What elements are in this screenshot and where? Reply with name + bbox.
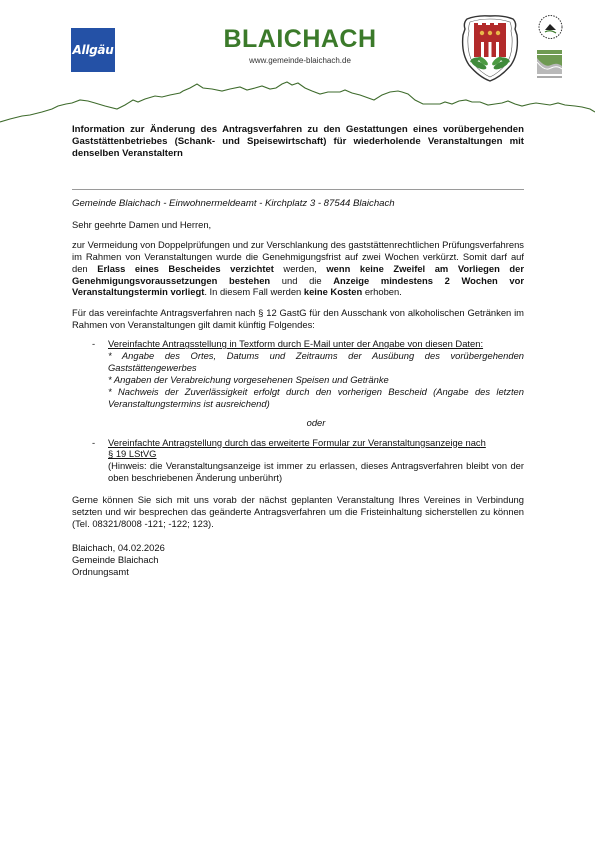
letter-body: Information zur Änderung des Antragsverf… <box>72 124 524 578</box>
option-email-detail: * Nachweis der Zuverlässigkeit erfolgt d… <box>108 386 524 410</box>
option-email-detail: * Angabe des Ortes, Datums und Zeitraums… <box>108 350 524 374</box>
intro-text-2: werden, <box>274 263 326 274</box>
brand-block: BLAICHACH www.gemeinde-blaichach.de <box>200 25 400 65</box>
intro-paragraph: zur Vermeidung von Doppelprüfungen und z… <box>72 239 524 299</box>
option-form-note: (Hinweis: die Veranstaltungsanzeige ist … <box>108 460 524 484</box>
option-email-detail: * Angaben der Verabreichung vorgesehenen… <box>108 374 524 386</box>
option-form: - Vereinfachte Antragstellung durch das … <box>72 437 524 485</box>
option-email: - Vereinfachte Antragsstellung in Textfo… <box>72 338 524 409</box>
sender-address: Gemeinde Blaichach - Einwohnermeldeamt -… <box>72 198 524 210</box>
signature-org: Gemeinde Blaichach <box>72 554 524 566</box>
salutation: Sehr geehrte Damen und Herren, <box>72 219 524 231</box>
options-list-2: - Vereinfachte Antragstellung durch das … <box>72 437 524 485</box>
letterhead: Allgäu BLAICHACH www.gemeinde-blaichach.… <box>0 0 595 120</box>
option-form-law-ref: § 19 LStVG <box>108 448 524 460</box>
intro-text-3: und die <box>270 275 333 286</box>
options-list: - Vereinfachte Antragsstellung in Textfo… <box>72 338 524 409</box>
signature-dept: Ordnungsamt <box>72 566 524 578</box>
document-title: Information zur Änderung des Antragsverf… <box>72 124 524 160</box>
intro-text-5: erhoben. <box>362 286 402 297</box>
list-dash: - <box>92 338 95 350</box>
signature-block: Blaichach, 04.02.2026 Gemeinde Blaichach… <box>72 542 524 578</box>
allgaeu-logo: Allgäu <box>71 28 115 72</box>
options-separator: oder <box>72 417 524 429</box>
list-dash: - <box>92 437 95 449</box>
option-form-heading: Vereinfachte Antragstellung durch das er… <box>108 437 524 449</box>
mountain-skyline-divider <box>0 78 595 126</box>
naturpark-logo-icon <box>536 50 564 80</box>
title-divider <box>72 189 524 190</box>
intro-text-4: . In diesem Fall werden <box>204 286 304 297</box>
intro-bold-4: keine Kosten <box>304 286 362 297</box>
municipality-title: BLAICHACH <box>200 25 400 53</box>
website-link[interactable]: www.gemeinde-blaichach.de <box>200 56 400 65</box>
option-email-heading: Vereinfachte Antragsstellung in Textform… <box>108 338 524 350</box>
closing-paragraph: Gerne können Sie sich mit uns vorab der … <box>72 494 524 530</box>
allgaeu-logo-text: Allgäu <box>73 43 114 57</box>
seal-icon <box>537 13 564 43</box>
procedure-intro: Für das vereinfachte Antragsverfahren na… <box>72 307 524 331</box>
intro-bold-1: Erlass eines Bescheides verzichtet <box>97 263 274 274</box>
coat-of-arms-icon <box>459 13 521 83</box>
place-date: Blaichach, 04.02.2026 <box>72 542 524 554</box>
